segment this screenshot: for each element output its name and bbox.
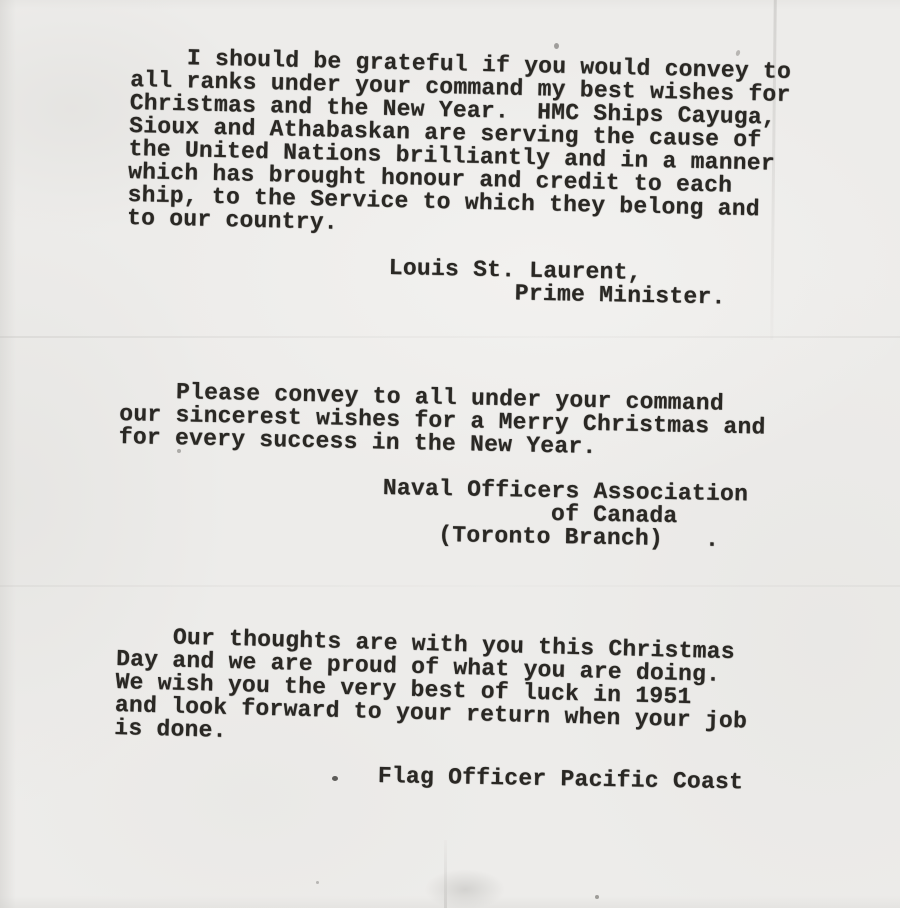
ink-speck [554,43,559,49]
scanned-letter-page: I should be grateful if you would convey… [0,0,900,908]
prime-minister-message-paragraph: I should be grateful if you would convey… [127,46,791,245]
ink-speck [735,49,741,56]
flag-officer-message-paragraph: Our thoughts are with you this Christmas… [114,625,749,757]
ink-speck [595,895,599,899]
paper-smudge [415,862,515,908]
flag-officer-signature: Flag Officer Pacific Coast [378,765,744,794]
paper-crease-vertical-bottom [444,840,447,908]
paper-fold-line-lower [0,585,900,587]
paper-fold-line-upper [0,336,900,338]
naval-officers-association-message-paragraph: Please convey to all under your command … [119,380,767,463]
naval-officers-association-signature: Naval Officers Association of Canada (To… [382,477,749,552]
ink-speck [316,881,319,884]
stray-period-mark [332,776,338,781]
prime-minister-signature: Louis St. Laurent, Prime Minister. [388,257,726,309]
